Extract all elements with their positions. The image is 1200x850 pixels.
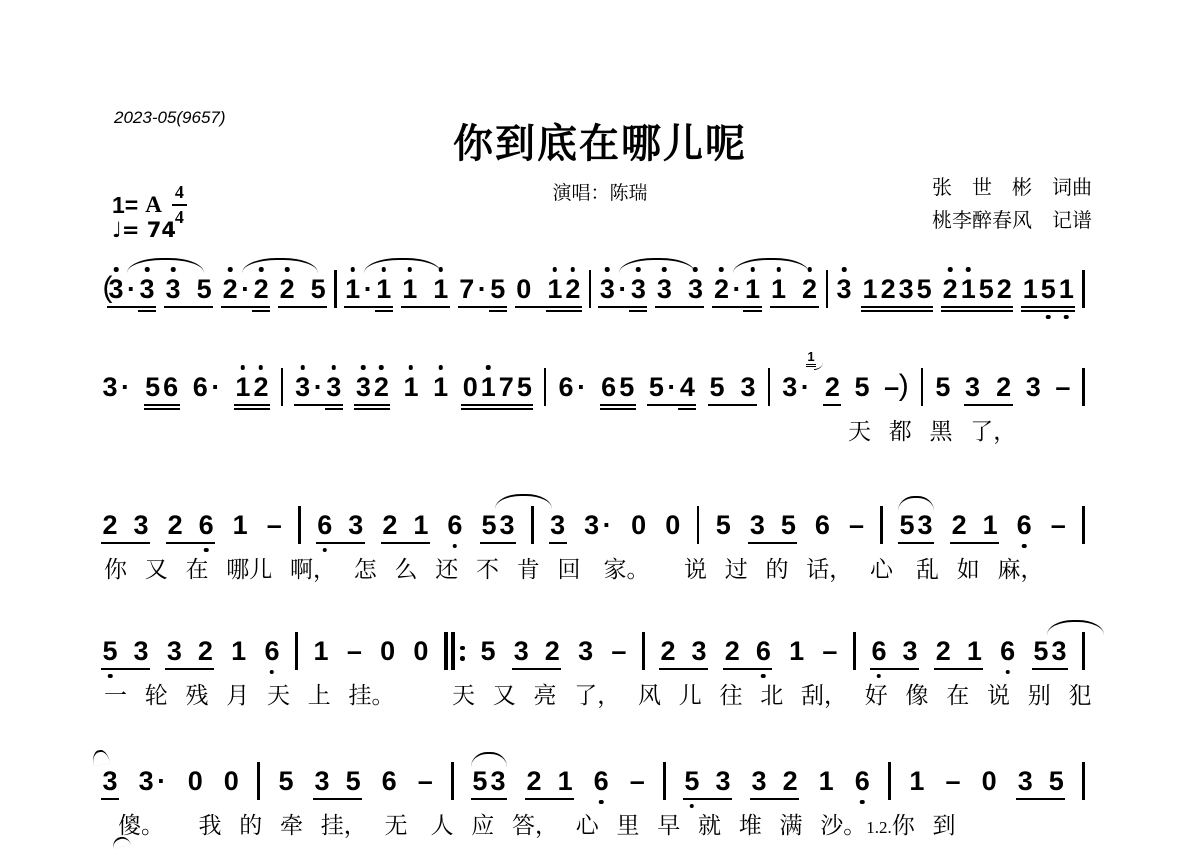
- note-group: –: [1048, 512, 1068, 544]
- note-group: 6: [591, 768, 611, 800]
- note-group: 11: [400, 276, 451, 308]
- note-group: 0: [979, 768, 999, 800]
- note-group: 3·3: [293, 374, 344, 406]
- note-group: 21: [524, 768, 575, 800]
- note-group: –: [1053, 374, 1073, 406]
- note-group: 5·4: [646, 374, 697, 406]
- barline: [921, 368, 924, 406]
- note-group: –: [344, 638, 364, 670]
- lyrics-line: 傻。 我 的 牵 挂， 无 人 应 答， 心 里 早 就 堆 满 沙。1.2.你…: [100, 807, 1085, 840]
- note-group: 7·5: [457, 276, 508, 308]
- barline: [531, 506, 534, 544]
- barline: [1082, 270, 1085, 308]
- note-group: 32: [164, 638, 215, 670]
- note-group: 32: [963, 374, 1014, 406]
- lyric-text: 你 到: [892, 813, 956, 838]
- barline: [589, 270, 592, 308]
- note-group: 0: [378, 638, 398, 670]
- note-group: 2·2: [220, 276, 271, 308]
- note-group: 5: [933, 374, 953, 406]
- note-group: –: [415, 768, 435, 800]
- note-group: 6: [812, 512, 832, 544]
- note-group: 5: [852, 374, 872, 406]
- note-group: 3·: [780, 374, 813, 406]
- barline: [451, 762, 454, 800]
- note-group: 012: [514, 276, 583, 308]
- note-group: 6: [379, 768, 399, 800]
- verse-numbers: 1.2.: [866, 818, 892, 837]
- barline: [853, 632, 856, 670]
- note-group: 3: [1023, 374, 1043, 406]
- barline: [1082, 368, 1085, 406]
- note-group: 2152: [940, 276, 1014, 308]
- note-group: 53: [479, 512, 517, 544]
- note-group: 53: [100, 638, 151, 670]
- key-letter: A: [145, 192, 162, 218]
- tie-arc: [90, 749, 109, 767]
- note-group: –: [846, 512, 866, 544]
- composer-credit: 张 世 彬 词曲: [932, 172, 1092, 205]
- note-group: 35: [747, 512, 798, 544]
- score-system-4: 5332161–005323–23261–6321653一 轮 残 月 天 上 …: [100, 612, 1085, 710]
- note-group: 53: [1031, 638, 1069, 670]
- tie-arc: [127, 258, 204, 273]
- note-group: 53: [707, 374, 758, 406]
- note-group: 3·: [136, 768, 169, 800]
- lyric-text: 天 都 黑 了，: [848, 419, 1016, 444]
- note-group: 6: [262, 638, 282, 670]
- tempo-marking: ♩= 74: [112, 218, 176, 242]
- note-group: 53: [470, 768, 508, 800]
- note-group: 1: [907, 768, 927, 800]
- transcriber-credit: 桃李醉春风 记谱: [932, 205, 1092, 238]
- note-group: 3: [100, 768, 120, 800]
- note-group: 23: [658, 638, 709, 670]
- barline: [888, 762, 891, 800]
- note-group: 32: [353, 374, 391, 406]
- note-group: 35: [312, 768, 363, 800]
- note-group: 0: [663, 512, 683, 544]
- notes-line: 5332161–005323–23261–6321653: [100, 612, 1085, 670]
- note-group: 3·: [582, 512, 615, 544]
- lyrics-line: 一 轮 残 月 天 上 挂。 天 又 亮 了， 风 儿 往 北 刮， 好 像 在…: [100, 677, 1085, 710]
- barline: [1082, 762, 1085, 800]
- barline: [642, 632, 645, 670]
- slur-arc: [471, 752, 507, 767]
- note-group: 35: [1015, 768, 1066, 800]
- lyrics-line: 天 都 黑 了，: [100, 413, 1085, 446]
- note-group: –: [264, 512, 284, 544]
- note-group: 0: [411, 638, 431, 670]
- note-group: 12: [769, 276, 820, 308]
- note-group: 3·3: [597, 276, 648, 308]
- barline: [544, 368, 547, 406]
- note-group: 53: [897, 512, 935, 544]
- note-group: 3·: [100, 374, 133, 406]
- repeat-begin-sign: [444, 632, 465, 670]
- score-system-1: (3·3352·2251·1117·50123·3332·11231235215…: [100, 250, 1085, 308]
- notes-line: 23261–632165333·005356–53216–: [100, 486, 1085, 544]
- note-group: 53: [682, 768, 733, 800]
- note-group: 2·1: [711, 276, 762, 308]
- grace-note: 1: [806, 350, 815, 367]
- note-group: 0175: [460, 374, 534, 406]
- note-group: –: [943, 768, 963, 800]
- tie-arc: [242, 258, 319, 273]
- note-group: 56: [143, 374, 181, 406]
- note-group: 6: [1014, 512, 1034, 544]
- note-group: 5: [276, 768, 296, 800]
- note-group: 26: [165, 512, 216, 544]
- note-group: 1: [401, 374, 421, 406]
- tie-arc: [1047, 620, 1104, 635]
- note-group: 32: [749, 768, 800, 800]
- note-group: 1: [230, 512, 250, 544]
- note-group: 33: [654, 276, 705, 308]
- note-group: 1235: [860, 276, 934, 308]
- lyric-text: 你 又 在 哪儿 啊， 怎 么 还 不 肯 回 家。 说 过 的 话， 心 乱 …: [104, 557, 1044, 582]
- note-group: 0: [185, 768, 205, 800]
- note-group: 3: [834, 276, 854, 308]
- tie-arc: [364, 258, 441, 273]
- note-group: 25: [277, 276, 328, 308]
- note-group: 65: [599, 374, 637, 406]
- score-system-2: 3·566·123·3321101756·655·4533·215–)5323–…: [100, 348, 1085, 446]
- key-prefix: 1=: [112, 192, 138, 219]
- meter-numerator: 4: [172, 182, 187, 206]
- barline: [281, 368, 284, 406]
- note-group: 21: [380, 512, 431, 544]
- note-group: 63: [869, 638, 920, 670]
- slur-arc: [898, 496, 934, 511]
- note-group: 3·3: [106, 276, 157, 308]
- note-group: 1: [431, 374, 451, 406]
- barline: [663, 762, 666, 800]
- note-group: 35: [163, 276, 214, 308]
- note-group: 0: [221, 768, 241, 800]
- note-group: 1: [311, 638, 331, 670]
- lyrics-line: 你 又 在 哪儿 啊， 怎 么 还 不 肯 回 家。 说 过 的 话， 心 乱 …: [100, 551, 1085, 584]
- credits-block: 张 世 彬 词曲 桃李醉春风 记谱: [932, 172, 1092, 238]
- sheet-page: 2023-05(9657) 你到底在哪儿呢 演唱：陈瑞 张 世 彬 词曲 桃李醉…: [0, 0, 1200, 850]
- score-system-5: 33·005356–53216–5332161–035傻。 我 的 牵 挂， 无…: [100, 742, 1085, 840]
- tie-arc: [495, 494, 552, 509]
- note-group: 1: [229, 638, 249, 670]
- note-group: 6·: [556, 374, 589, 406]
- note-group: –: [627, 768, 647, 800]
- note-group: 23: [100, 512, 151, 544]
- note-group: 5: [713, 512, 733, 544]
- note-group: 6: [445, 512, 465, 544]
- note-group: 151: [1020, 276, 1076, 308]
- notes-line: 3·566·123·3321101756·655·4533·215–)5323–: [100, 348, 1085, 406]
- note-group: 21: [949, 512, 1000, 544]
- note-group: 21: [822, 374, 842, 406]
- notes-line: 33·005356–53216–5332161–035: [100, 742, 1085, 800]
- score-system-3: 23261–632165333·005356–53216–你 又 在 哪儿 啊，…: [100, 486, 1085, 584]
- barline: [334, 270, 337, 308]
- barline: [826, 270, 829, 308]
- barline: [697, 506, 700, 544]
- note-group: 32: [511, 638, 562, 670]
- barline: [1082, 506, 1085, 544]
- note-group: 5: [478, 638, 498, 670]
- note-group: 1: [816, 768, 836, 800]
- note-group: –: [820, 638, 840, 670]
- note-group: –: [609, 638, 629, 670]
- barline: [298, 506, 301, 544]
- note-group: 63: [315, 512, 366, 544]
- barline: [880, 506, 883, 544]
- tie-arc: [733, 258, 810, 273]
- note-group: 6: [998, 638, 1018, 670]
- notes-line: (3·3352·2251·1117·50123·3332·11231235215…: [100, 250, 1085, 308]
- barline: [257, 762, 260, 800]
- lyric-text: 傻。 我 的 牵 挂， 无 人 应 答， 心 里 早 就 堆 满 沙。: [118, 813, 866, 838]
- note-group: 0: [629, 512, 649, 544]
- parenthesis: ): [896, 371, 911, 406]
- note-group: 3: [576, 638, 596, 670]
- note-group: 6: [852, 768, 872, 800]
- barline: [295, 632, 298, 670]
- note-group: 1: [787, 638, 807, 670]
- song-title: 你到底在哪儿呢: [0, 112, 1200, 169]
- barline: [768, 368, 771, 406]
- note-group: 3: [548, 512, 568, 544]
- tie-arc: [619, 258, 696, 273]
- barline: [1082, 632, 1085, 670]
- note-group: 26: [722, 638, 773, 670]
- note-group: 1·1: [343, 276, 394, 308]
- note-group: 12: [233, 374, 271, 406]
- note-group: 6·: [190, 374, 223, 406]
- lyric-text: 一 轮 残 月 天 上 挂。 天 又 亮 了， 风 儿 往 北 刮， 好 像 在…: [104, 683, 1092, 708]
- score: (3·3352·2251·1117·50123·3332·11231235215…: [100, 250, 1085, 840]
- note-group: 21: [933, 638, 984, 670]
